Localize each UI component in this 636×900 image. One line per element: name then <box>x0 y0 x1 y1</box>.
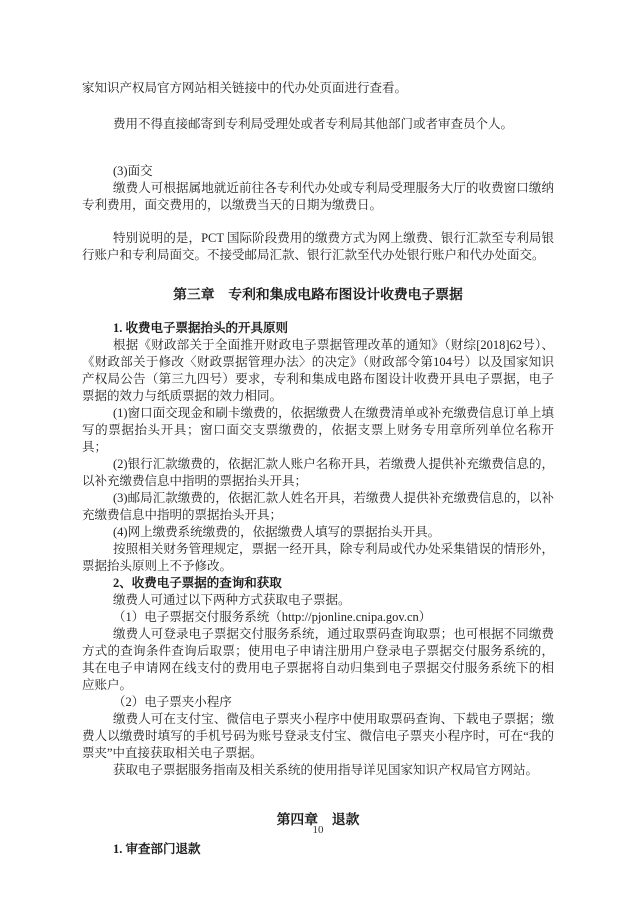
document-body: 家知识产权局官方网站相关链接中的代办处页面进行查看。 费用不得直接邮寄到专利局受… <box>82 80 554 858</box>
paragraph: （2）电子票夹小程序 <box>82 694 554 711</box>
paragraph: 获取电子票据服务指南及相关系统的使用指导详见国家知识产权局官方网站。 <box>82 762 554 779</box>
section-heading: 1. 审查部门退款 <box>82 841 554 858</box>
paragraph: 缴费人可通过以下两种方式获取电子票据。 <box>82 592 554 609</box>
paragraph: 费用不得直接邮寄到专利局受理处或者专利局其他部门或者审查员个人。 <box>82 116 554 133</box>
paragraph-with-url: （1）电子票据交付服务系统（http://pjonline.cnipa.gov.… <box>82 609 554 626</box>
paragraph: (3)面交 <box>82 163 554 180</box>
document-page: 家知识产权局官方网站相关链接中的代办处页面进行查看。 费用不得直接邮寄到专利局受… <box>0 0 636 900</box>
paragraph: 家知识产权局官方网站相关链接中的代办处页面进行查看。 <box>82 80 554 97</box>
paragraph: (4)网上缴费系统缴费的，依据缴费人填写的票据抬头开具。 <box>82 524 554 541</box>
paragraph: 特别说明的是，PCT 国际阶段费用的缴费方式为网上缴费、银行汇款至专利局银行账户… <box>82 230 554 264</box>
paragraph: (1)窗口面交现金和刷卡缴费的，依据缴费人在缴费清单或补充缴费信息订单上填写的票… <box>82 405 554 456</box>
page-number: 10 <box>0 824 636 837</box>
paragraph: 根据《财政部关于全面推开财政电子票据管理改革的通知》（财综[2018]62号）、… <box>82 337 554 405</box>
paragraph: (3)邮局汇款缴费的，依据汇款人姓名开具，若缴费人提供补充缴费信息的，以补充缴费… <box>82 490 554 524</box>
paragraph: 缴费人可登录电子票据交付服务系统，通过取票码查询取票；也可根据不同缴费方式的查询… <box>82 626 554 694</box>
section-heading: 2、收费电子票据的查询和获取 <box>82 575 554 592</box>
paragraph: (2)银行汇款缴费的，依据汇款人账户名称开具，若缴费人提供补充缴费信息的，以补充… <box>82 456 554 490</box>
section-heading: 1. 收费电子票据抬头的开具原则 <box>82 320 554 337</box>
paragraph: 按照相关财务管理规定，票据一经开具，除专利局或代办处采集错误的情形外，票据抬头原… <box>82 541 554 575</box>
paragraph: 缴费人可根据属地就近前往各专利代办处或专利局受理服务大厅的收费窗口缴纳专利费用，… <box>82 180 554 214</box>
paragraph: 缴费人可在支付宝、微信电子票夹小程序中使用取票码查询、下载电子票据；缴费人以缴费… <box>82 711 554 762</box>
chapter-heading-3: 第三章 专利和集成电路布图设计收费电子票据 <box>82 285 554 304</box>
